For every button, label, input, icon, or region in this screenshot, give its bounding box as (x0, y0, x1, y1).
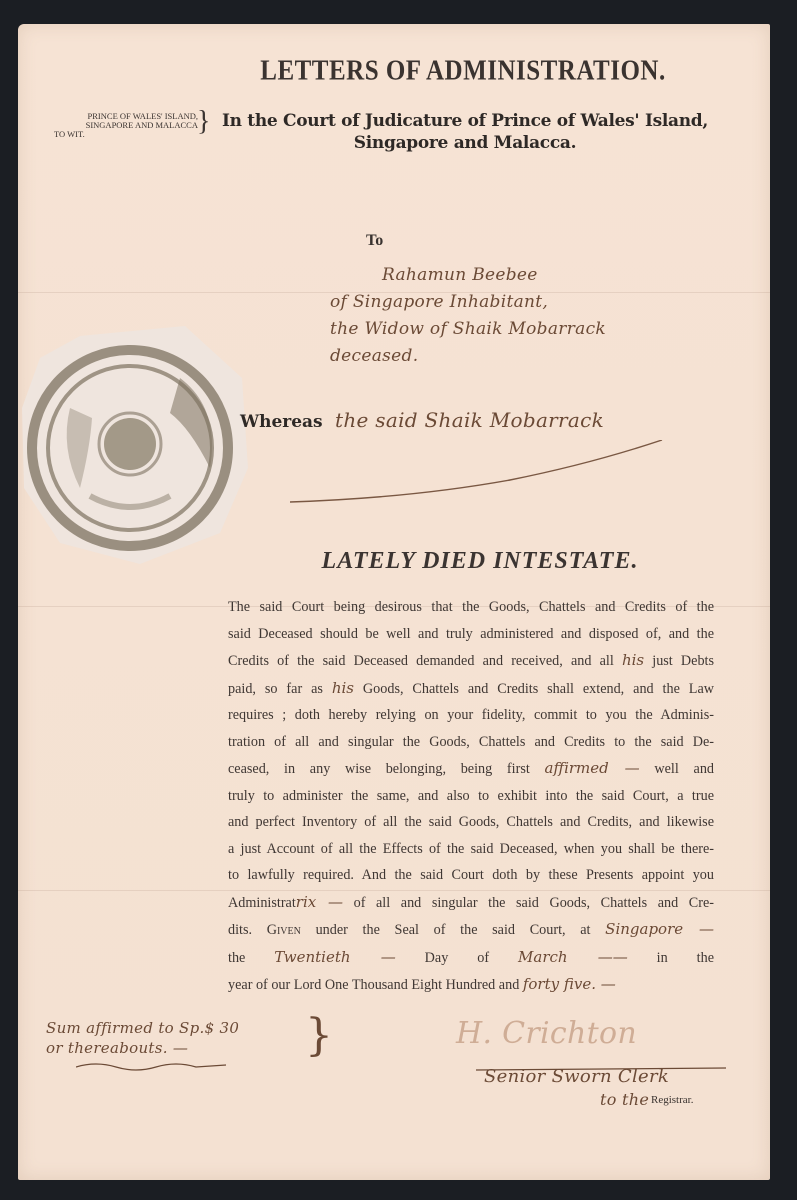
body-text-fragment: Administrat (228, 895, 296, 911)
to-the-text: to the (600, 1090, 649, 1109)
court-line-2: Singapore and Malacca. (200, 132, 730, 154)
margin-note-line: or thereabouts. — (46, 1038, 306, 1058)
filled-field: his (622, 651, 644, 669)
filled-field: March —— (518, 948, 628, 966)
body-text-fragment: the (228, 950, 245, 966)
body-text: The said Court being desirous that the G… (228, 594, 714, 999)
body-text-fragment: paid, so far as (228, 681, 323, 697)
filled-field: forty five. — (523, 975, 616, 993)
addressee-name: Rahamun Beebee (330, 262, 750, 289)
body-text-fragment: ceased, in any wise belonging, being fir… (228, 761, 530, 777)
body-text-fragment: well and (654, 761, 714, 777)
signature: H. Crichton (456, 1016, 637, 1051)
to-label: To (366, 232, 383, 250)
body-line: ceased, in any wise belonging, being fir… (228, 755, 714, 783)
addressee-line: of Singapore Inhabitant, (330, 289, 750, 316)
lately-died-heading: LATELY DIED INTESTATE. (220, 548, 740, 575)
court-heading: In the Court of Judicature of Prince of … (200, 110, 730, 154)
filled-field: Singapore — (605, 920, 714, 938)
filled-field: rix — (296, 893, 343, 911)
body-line: a just Account of all the Effects of the… (228, 836, 714, 863)
body-line: the Twentieth — Day of March —— in the (228, 944, 714, 972)
addressee-line: the Widow of Shaik Mobarrack (330, 316, 750, 343)
addressee-line: deceased. (330, 343, 750, 370)
body-text-fragment: Goods, Chattels and Credits shall extend… (363, 681, 714, 697)
body-text-fragment: under the Seal of the said Court, at (316, 922, 591, 938)
body-line: Credits of the said Deceased demanded an… (228, 647, 714, 675)
body-text-fragment: just Debts (652, 653, 714, 669)
body-line: The said Court being desirous that the G… (228, 594, 714, 621)
body-line: requires ; doth hereby relying on your f… (228, 702, 714, 729)
flourish-line (290, 440, 670, 515)
filled-field: affirmed — (545, 759, 640, 777)
clerk-title: Senior Sworn Clerk (484, 1066, 669, 1087)
court-line-1: In the Court of Judicature of Prince of … (200, 110, 730, 132)
body-line: and perfect Inventory of all the said Go… (228, 809, 714, 836)
body-line: Administratrix — of all and singular the… (228, 889, 714, 917)
brace-icon: } (305, 1014, 333, 1058)
court-seal-icon (20, 318, 250, 564)
body-line: to lawfully required. And the said Court… (228, 862, 714, 889)
registrar-label: Registrar. (651, 1094, 693, 1106)
body-text-fragment: dits. (228, 922, 252, 938)
body-text-fragment: Credits of the said Deceased demanded an… (228, 653, 614, 669)
margin-note-line: Sum affirmed to Sp.$ 30 (46, 1018, 306, 1038)
filled-field: his (332, 679, 354, 697)
body-text-fragment: in the (657, 950, 714, 966)
body-text-fragment: year of our Lord One Thousand Eight Hund… (228, 977, 519, 993)
document-title: LETTERS OF ADMINISTRATION. (228, 56, 698, 87)
body-text-fragment: of all and singular the said Goods, Chat… (354, 895, 714, 911)
jurisdiction-line: TO WIT. (30, 130, 198, 139)
body-line: paid, so far as his Goods, Chattels and … (228, 675, 714, 703)
body-line: year of our Lord One Thousand Eight Hund… (228, 971, 714, 999)
given-label: Given (267, 922, 301, 938)
filled-field: Twentieth — (274, 948, 395, 966)
underline-flourish-icon (76, 1059, 226, 1073)
jurisdiction-label: PRINCE OF WALES' ISLAND, SINGAPORE AND M… (30, 112, 198, 139)
body-text-fragment: Day of (425, 950, 489, 966)
body-line: dits. Given under the Seal of the said C… (228, 916, 714, 944)
body-line: said Deceased should be well and truly a… (228, 621, 714, 648)
body-line: truly to administer the same, and also t… (228, 783, 714, 810)
margin-note: Sum affirmed to Sp.$ 30 or thereabouts. … (46, 1018, 306, 1078)
whereas-value: the said Shaik Mobarrack (335, 408, 604, 432)
addressee-block: Rahamun Beebee of Singapore Inhabitant, … (330, 262, 750, 370)
whereas-label: Whereas (240, 412, 323, 432)
body-line: tration of all and singular the Goods, C… (228, 729, 714, 756)
